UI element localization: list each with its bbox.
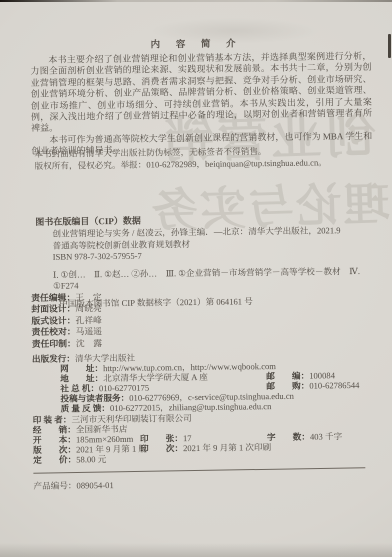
staff-label: 责任印制： bbox=[32, 338, 76, 349]
word-count-label: 字 数： bbox=[267, 431, 310, 442]
staff-value: 王 定 bbox=[75, 292, 102, 302]
product-number-label: 产品编号： bbox=[33, 480, 76, 491]
quality-feedback-label: 质 量 反 馈： bbox=[61, 404, 111, 415]
mail-order-label: 邮 购： bbox=[266, 381, 309, 392]
staff-credits-block: 责任编辑：王 定 封面设计：周晓亮 版式设计：孔祥峰 责任校对：马遥遥 责任印制… bbox=[31, 292, 102, 350]
price-value: 58.00 元 bbox=[76, 454, 106, 464]
summary-paragraph-1: 本书主要介绍了创业营销理论和创业营销基本方法，并选择典型案例进行分析，力图全面剖… bbox=[30, 51, 372, 135]
staff-row-print-supervisor: 责任印制：沈 露 bbox=[32, 338, 103, 350]
zip-value: 100084 bbox=[309, 370, 335, 380]
notice-line-2: 版权所有，侵权必究。举报：010-62782989，beiqinquan@tup… bbox=[35, 157, 335, 173]
product-number-line: 产品编号：089054-01 bbox=[33, 479, 113, 492]
staff-label: 责任编辑： bbox=[31, 292, 75, 303]
staff-value: 沈 露 bbox=[76, 338, 103, 348]
distributor-value: 全国新华书店 bbox=[76, 424, 128, 435]
impression-label: 印 次： bbox=[140, 443, 183, 454]
page-content: 创业营销 理论与实务 内 容 简 介 本书主要介绍了创业营销理论和创业营销基本方… bbox=[0, 0, 392, 557]
format-label: 开 本： bbox=[33, 434, 76, 445]
photo-left-edge bbox=[0, 0, 3, 557]
edition-label: 版 次： bbox=[33, 444, 76, 455]
divider-rule bbox=[33, 467, 365, 474]
price-label: 定 价： bbox=[33, 454, 76, 465]
photo-bottom-shadow bbox=[0, 543, 392, 557]
cip-record-number: 中国版本图书馆 CIP 数据核字（2021）第 064161 号 bbox=[53, 295, 378, 311]
staff-label: 版式设计： bbox=[31, 315, 75, 326]
sheets-label: 印 张： bbox=[140, 433, 183, 444]
mail-order-value: 010-62786544 bbox=[309, 380, 359, 391]
colophon-sheets: 印 张：17 bbox=[140, 433, 192, 444]
format-value: 185mm×260mm bbox=[76, 434, 133, 445]
staff-row-cover-design: 封面设计：周晓亮 bbox=[31, 304, 102, 316]
staff-row-proofreader: 责任校对：马遥遥 bbox=[32, 326, 103, 338]
product-number-value: 089054-01 bbox=[76, 480, 113, 490]
distributor-label: 经 销： bbox=[33, 424, 76, 435]
colophon-block: 出版发行：清华大学出版社 网 址：http://www.tup.com.cn，h… bbox=[32, 350, 378, 465]
publisher-label: 出版发行： bbox=[32, 353, 75, 364]
cip-classification-line: Ⅰ. ①创… Ⅱ. ①赵… ②孙… Ⅲ. ①企业营销－市场营销学－高等学校－教材… bbox=[53, 266, 378, 293]
word-count-value: 403 千字 bbox=[310, 431, 342, 441]
staff-label: 责任校对： bbox=[32, 327, 76, 338]
cip-heading: 图书在版编目（CIP）数据 bbox=[35, 214, 141, 228]
website-label: 网 址： bbox=[60, 363, 103, 374]
staff-value: 孔祥峰 bbox=[75, 315, 102, 325]
section-title-content-summary: 内 容 简 介 bbox=[0, 34, 389, 53]
anti-piracy-notice: 本书封面贴有清华大学出版社防伪标签，无标签者不得销售。 版权所有，侵权必究。举报… bbox=[34, 144, 334, 172]
content-summary-text: 本书主要介绍了创业营销理论和创业营销基本方法，并选择典型案例进行分析，力图全面剖… bbox=[30, 51, 372, 158]
printer-label: 印 装 者： bbox=[33, 414, 72, 424]
book-copyright-page-photo: 创业营销 理论与实务 内 容 简 介 本书主要介绍了创业营销理论和创业营销基本方… bbox=[0, 0, 392, 557]
staff-value: 周晓亮 bbox=[75, 304, 102, 314]
sheets-value: 17 bbox=[183, 433, 192, 443]
staff-value: 马遥遥 bbox=[76, 326, 103, 336]
staff-label: 封面设计： bbox=[31, 304, 75, 315]
